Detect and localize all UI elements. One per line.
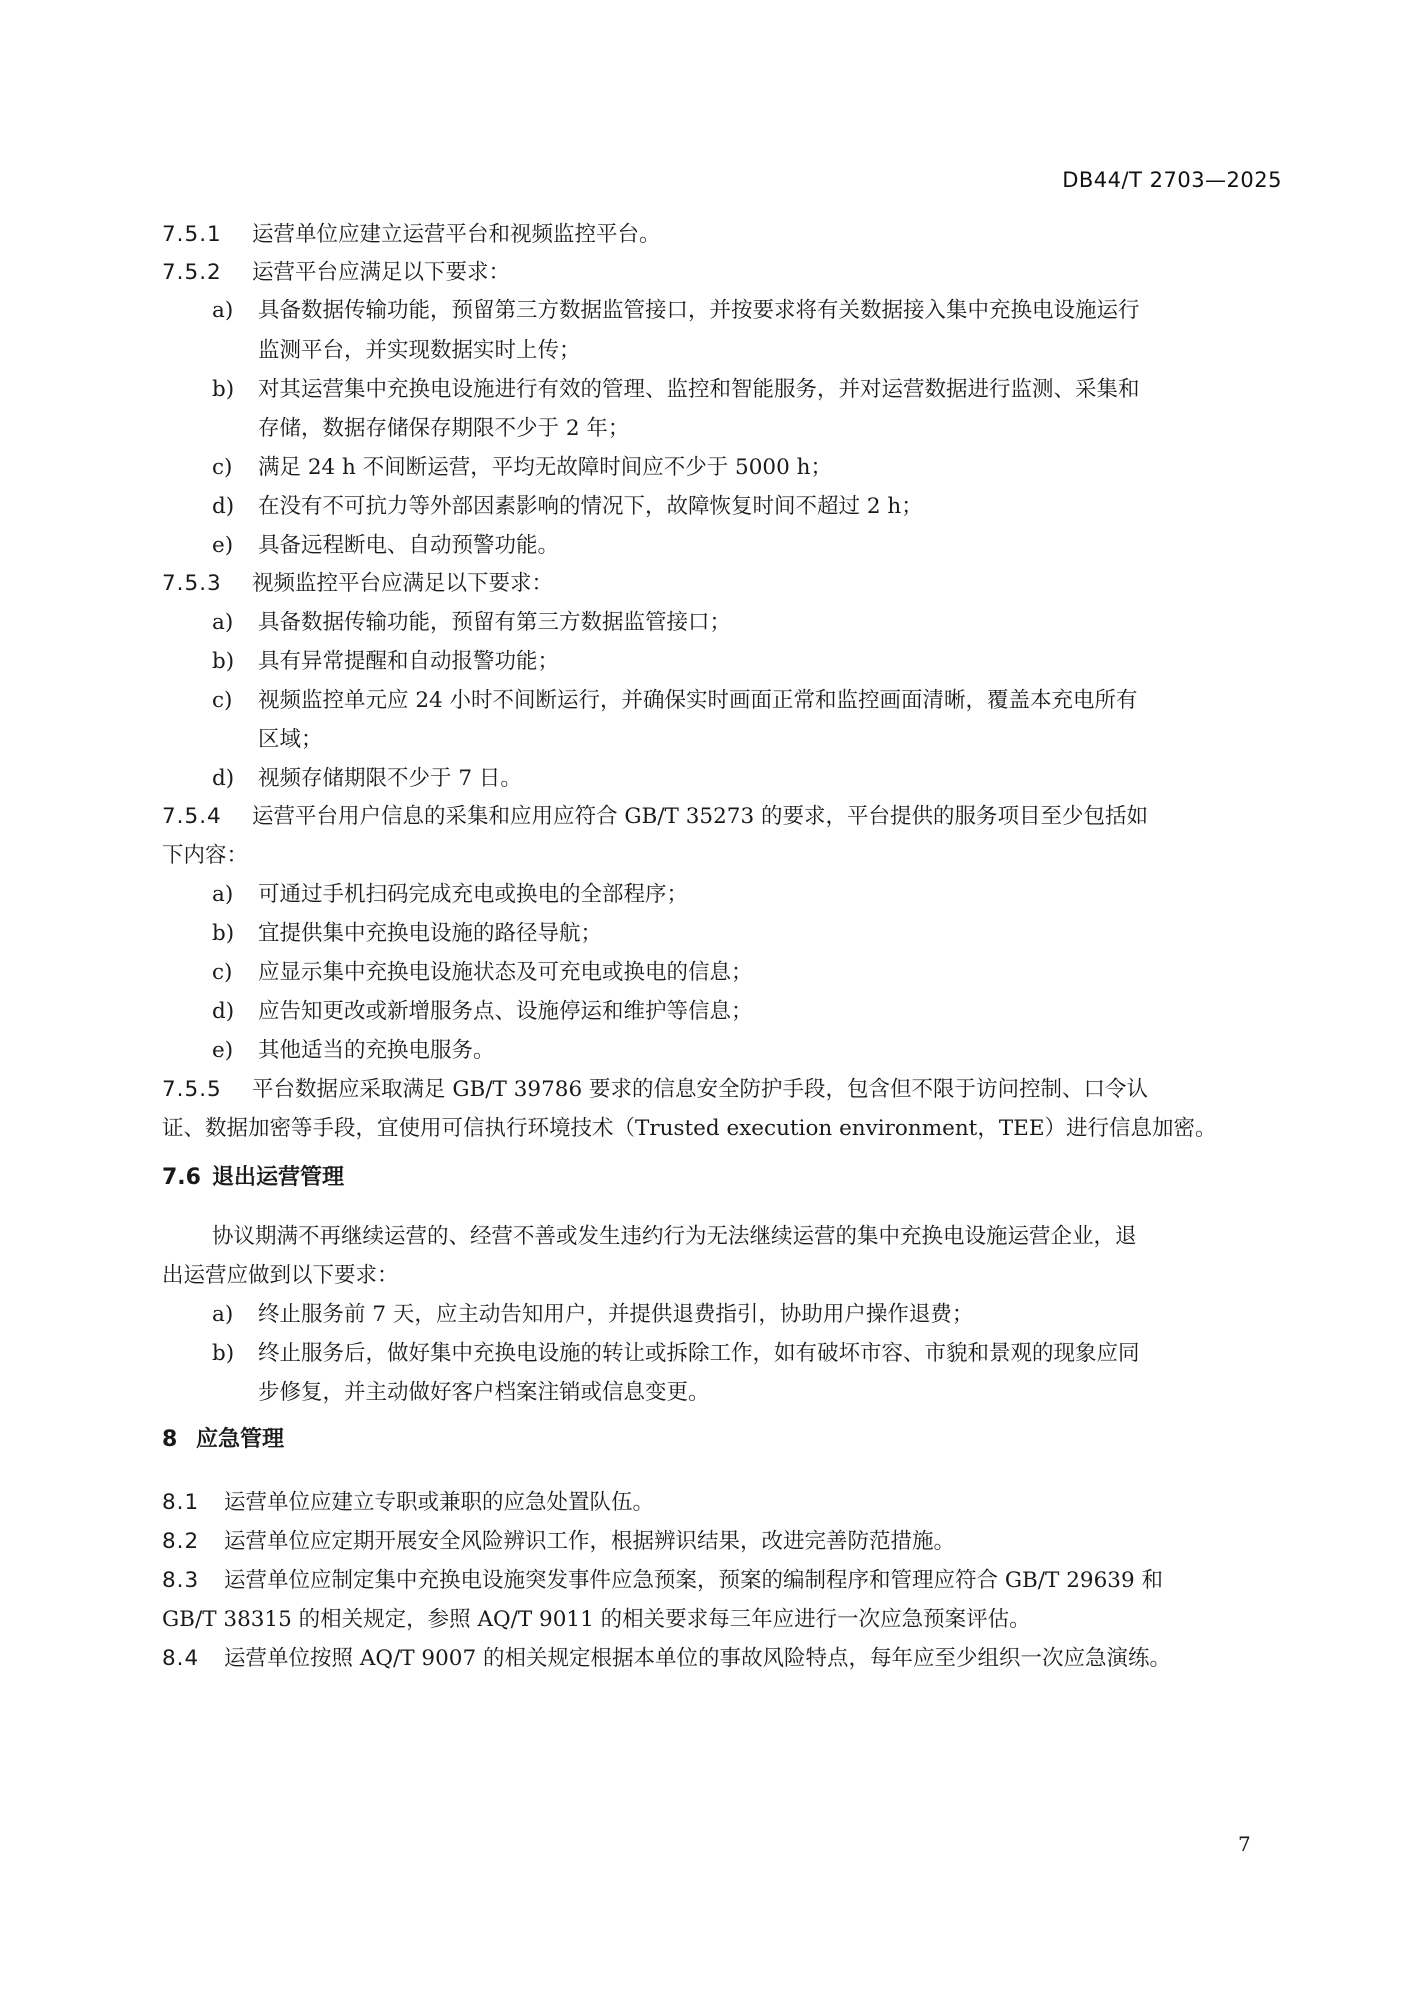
list-item-continuation: 监测平台，并实现数据实时上传；: [258, 336, 581, 366]
clause-number: 7.5.3: [162, 569, 252, 599]
list-item: b)具有异常提醒和自动报警功能；: [212, 647, 559, 677]
item-label: d): [212, 492, 258, 522]
clause-number: 8.4: [162, 1644, 224, 1674]
section-heading-7-6: 7.6退出运营管理: [162, 1163, 344, 1193]
list-item: e)具备远程断电、自动预警功能。: [212, 531, 559, 561]
paragraph-line: 协议期满不再继续运营的、经营不善或发生违约行为无法继续运营的集中充换电设施运营企…: [212, 1222, 1137, 1252]
clause-8-4: 8.4运营单位按照 AQ/T 9007 的相关规定根据本单位的事故风险特点，每年…: [162, 1644, 1171, 1674]
item-label: a): [212, 608, 258, 638]
clause-continuation: 证、数据加密等手段，宜使用可信执行环境技术（Trusted execution …: [162, 1114, 1217, 1144]
heading-title: 退出运营管理: [212, 1165, 344, 1190]
list-item: a)可通过手机扫码完成充电或换电的全部程序；: [212, 880, 688, 910]
clause-8-1: 8.1运营单位应建立专职或兼职的应急处置队伍。: [162, 1488, 654, 1518]
item-text: 具备数据传输功能，预留有第三方数据监管接口；: [258, 610, 731, 635]
item-text: 宜提供集中充换电设施的路径导航；: [258, 921, 602, 946]
list-item: d)在没有不可抗力等外部因素影响的情况下，故障恢复时间不超过 2 h；: [212, 492, 923, 522]
clause-number: 7.5.5: [162, 1075, 252, 1105]
item-text: 终止服务后，做好集中充换电设施的转让或拆除工作，如有破坏市容、市貌和景观的现象应…: [258, 1341, 1140, 1366]
clause-text: 运营单位按照 AQ/T 9007 的相关规定根据本单位的事故风险特点，每年应至少…: [224, 1646, 1171, 1671]
item-text: 具有异常提醒和自动报警功能；: [258, 649, 559, 674]
item-text: 视频监控单元应 24 小时不间断运行，并确保实时画面正常和监控画面清晰，覆盖本充…: [258, 688, 1138, 713]
item-label: a): [212, 296, 258, 326]
list-item: c)视频监控单元应 24 小时不间断运行，并确保实时画面正常和监控画面清晰，覆盖…: [212, 686, 1138, 716]
clause-7-5-5: 7.5.5平台数据应采取满足 GB/T 39786 要求的信息安全防护手段，包含…: [162, 1075, 1148, 1105]
item-label: d): [212, 764, 258, 794]
clause-number: 7.5.2: [162, 258, 252, 288]
list-item: a)具备数据传输功能，预留有第三方数据监管接口；: [212, 608, 731, 638]
item-text: 其他适当的充换电服务。: [258, 1038, 495, 1063]
clause-8-2: 8.2运营单位应定期开展安全风险辨识工作，根据辨识结果，改进完善防范措施。: [162, 1527, 955, 1557]
clause-continuation: GB/T 38315 的相关规定，参照 AQ/T 9011 的相关要求每三年应进…: [162, 1605, 1031, 1635]
heading-title: 应急管理: [196, 1427, 284, 1452]
item-text: 视频存储期限不少于 7 日。: [258, 766, 522, 791]
paragraph-line: 出运营应做到以下要求：: [162, 1261, 399, 1291]
list-item-continuation: 存储，数据存储保存期限不少于 2 年；: [258, 414, 629, 444]
clause-number: 7.5.4: [162, 802, 252, 832]
item-label: a): [212, 1300, 258, 1330]
page-number: 7: [1238, 1832, 1251, 1856]
heading-number: 7.6: [162, 1163, 212, 1193]
clause-number: 8.1: [162, 1488, 224, 1518]
clause-number: 8.2: [162, 1527, 224, 1557]
standard-code: DB44/T 2703—2025: [1062, 168, 1282, 192]
item-label: e): [212, 1036, 258, 1066]
clause-text: 平台数据应采取满足 GB/T 39786 要求的信息安全防护手段，包含但不限于访…: [252, 1077, 1148, 1102]
item-text: 具备远程断电、自动预警功能。: [258, 533, 559, 558]
item-text: 对其运营集中充换电设施进行有效的管理、监控和智能服务，并对运营数据进行监测、采集…: [258, 377, 1140, 402]
heading-number: 8: [162, 1425, 196, 1455]
item-label: b): [212, 919, 258, 949]
item-text: 应显示集中充换电设施状态及可充电或换电的信息；: [258, 960, 753, 985]
clause-text: 运营平台应满足以下要求：: [252, 260, 510, 285]
list-item: d)应告知更改或新增服务点、设施停运和维护等信息；: [212, 997, 753, 1027]
item-text: 可通过手机扫码完成充电或换电的全部程序；: [258, 882, 688, 907]
list-item-continuation: 步修复，并主动做好客户档案注销或信息变更。: [258, 1378, 710, 1408]
list-item: a)具备数据传输功能，预留第三方数据监管接口，并按要求将有关数据接入集中充换电设…: [212, 296, 1140, 326]
clause-7-5-2: 7.5.2运营平台应满足以下要求：: [162, 258, 510, 288]
item-label: e): [212, 531, 258, 561]
clause-text: 运营单位应建立专职或兼职的应急处置队伍。: [224, 1490, 654, 1515]
item-label: b): [212, 1339, 258, 1369]
clause-continuation: 下内容：: [162, 841, 248, 871]
item-label: a): [212, 880, 258, 910]
item-text: 在没有不可抗力等外部因素影响的情况下，故障恢复时间不超过 2 h；: [258, 494, 923, 519]
clause-8-3: 8.3运营单位应制定集中充换电设施突发事件应急预案，预案的编制程序和管理应符合 …: [162, 1566, 1163, 1596]
clause-7-5-1: 7.5.1运营单位应建立运营平台和视频监控平台。: [162, 220, 661, 250]
list-item: a)终止服务前 7 天，应主动告知用户，并提供退费指引，协助用户操作退费；: [212, 1300, 973, 1330]
clause-number: 8.3: [162, 1566, 224, 1596]
clause-number: 7.5.1: [162, 220, 252, 250]
section-heading-8: 8应急管理: [162, 1425, 284, 1455]
clause-text: 运营平台用户信息的采集和应用应符合 GB/T 35273 的要求，平台提供的服务…: [252, 804, 1148, 829]
clause-text: 运营单位应建立运营平台和视频监控平台。: [252, 222, 661, 247]
list-item: d)视频存储期限不少于 7 日。: [212, 764, 522, 794]
list-item: b)终止服务后，做好集中充换电设施的转让或拆除工作，如有破坏市容、市貌和景观的现…: [212, 1339, 1140, 1369]
list-item: e)其他适当的充换电服务。: [212, 1036, 495, 1066]
list-item: b)宜提供集中充换电设施的路径导航；: [212, 919, 602, 949]
item-label: b): [212, 647, 258, 677]
item-label: d): [212, 997, 258, 1027]
list-item: b)对其运营集中充换电设施进行有效的管理、监控和智能服务，并对运营数据进行监测、…: [212, 375, 1140, 405]
clause-7-5-3: 7.5.3视频监控平台应满足以下要求：: [162, 569, 553, 599]
clause-text: 视频监控平台应满足以下要求：: [252, 571, 553, 596]
item-label: b): [212, 375, 258, 405]
item-label: c): [212, 453, 258, 483]
list-item-continuation: 区域；: [258, 725, 323, 755]
clause-7-5-4: 7.5.4运营平台用户信息的采集和应用应符合 GB/T 35273 的要求，平台…: [162, 802, 1148, 832]
item-label: c): [212, 958, 258, 988]
item-text: 满足 24 h 不间断运营，平均无故障时间应不少于 5000 h；: [258, 455, 832, 480]
list-item: c)应显示集中充换电设施状态及可充电或换电的信息；: [212, 958, 753, 988]
list-item: c)满足 24 h 不间断运营，平均无故障时间应不少于 5000 h；: [212, 453, 832, 483]
document-page: DB44/T 2703—2025 7.5.1运营单位应建立运营平台和视频监控平台…: [0, 0, 1414, 2000]
item-label: c): [212, 686, 258, 716]
clause-text: 运营单位应制定集中充换电设施突发事件应急预案，预案的编制程序和管理应符合 GB/…: [224, 1568, 1163, 1593]
clause-text: 运营单位应定期开展安全风险辨识工作，根据辨识结果，改进完善防范措施。: [224, 1529, 955, 1554]
item-text: 应告知更改或新增服务点、设施停运和维护等信息；: [258, 999, 753, 1024]
item-text: 终止服务前 7 天，应主动告知用户，并提供退费指引，协助用户操作退费；: [258, 1302, 973, 1327]
item-text: 具备数据传输功能，预留第三方数据监管接口，并按要求将有关数据接入集中充换电设施运…: [258, 298, 1140, 323]
